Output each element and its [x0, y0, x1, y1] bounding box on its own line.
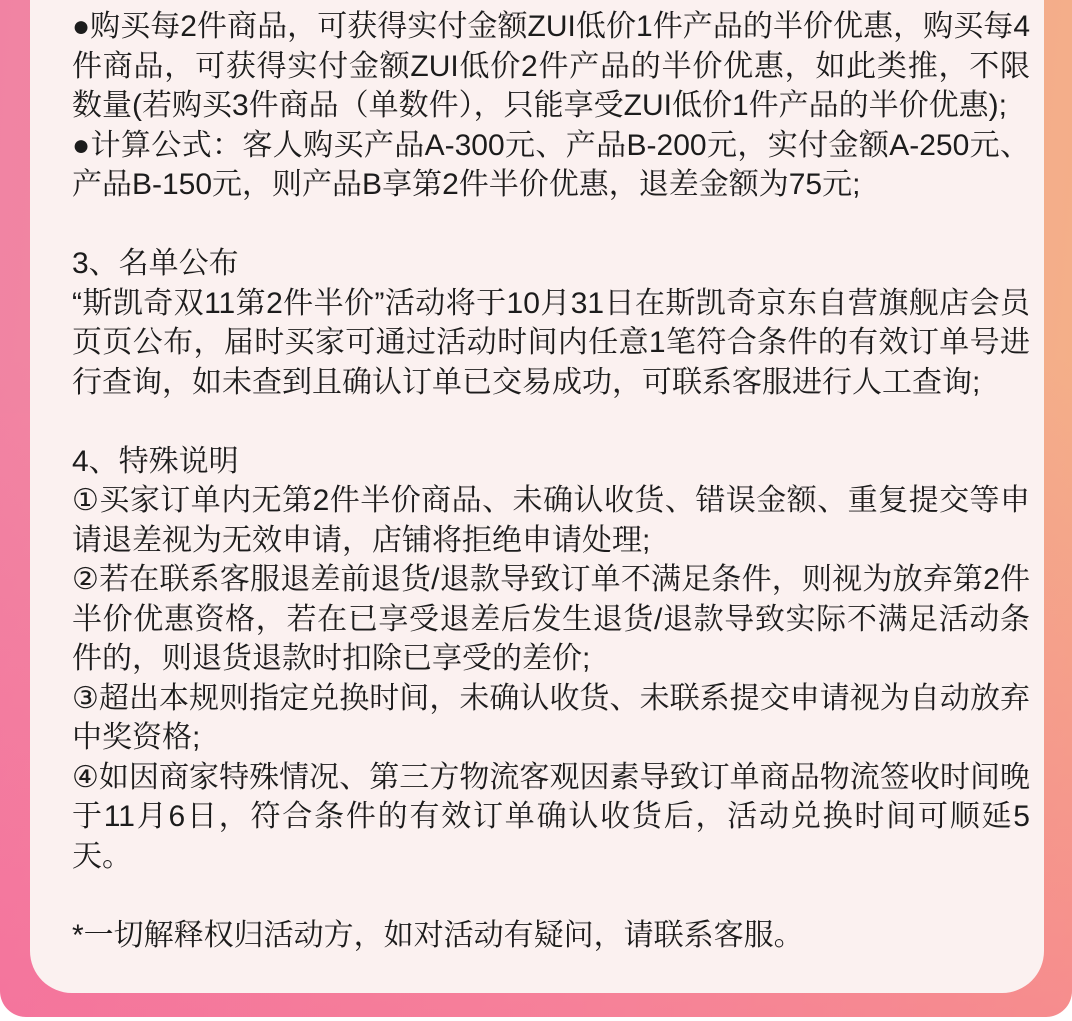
rules-content-card: ●购买每2件商品，可获得实付金额ZUI低价1件产品的半价优惠，购买每4件商品，可…: [30, 0, 1044, 993]
disclaimer-footnote: *一切解释权归活动方，如对活动有疑问，请联系客服。: [72, 916, 1030, 956]
section-3-heading: 3、名单公布: [72, 244, 1030, 284]
section-4-item-2: ②若在联系客服退差前退货/退款导致订单不满足条件，则视为放弃第2件半价优惠资格，…: [72, 560, 1030, 679]
promotion-rules-page: ●购买每2件商品，可获得实付金额ZUI低价1件产品的半价优惠，购买每4件商品，可…: [0, 0, 1072, 1021]
section-4-item-3: ③超出本规则指定兑换时间，未确认收货、未联系提交申请视为自动放弃中奖资格;: [72, 679, 1030, 758]
section-4-heading: 4、特殊说明: [72, 442, 1030, 482]
rules-text-block: ●购买每2件商品，可获得实付金额ZUI低价1件产品的半价优惠，购买每4件商品，可…: [30, 0, 1044, 955]
rule-bullet-formula: ●计算公式：客人购买产品A-300元、产品B-200元，实付金额A-250元、产…: [72, 126, 1030, 205]
section-4-item-1: ①买家订单内无第2件半价商品、未确认收货、错误金额、重复提交等申请退差视为无效申…: [72, 481, 1030, 560]
section-3-body: “斯凯奇双11第2件半价”活动将于10月31日在斯凯奇京东自营旗舰店会员页页公布…: [72, 284, 1030, 403]
rule-bullet-purchase: ●购买每2件商品，可获得实付金额ZUI低价1件产品的半价优惠，购买每4件商品，可…: [72, 7, 1030, 126]
section-4-item-4: ④如因商家特殊情况、第三方物流客观因素导致订单商品物流签收时间晚于11月6日，符…: [72, 758, 1030, 877]
gradient-border-frame: ●购买每2件商品，可获得实付金额ZUI低价1件产品的半价优惠，购买每4件商品，可…: [0, 0, 1072, 1017]
